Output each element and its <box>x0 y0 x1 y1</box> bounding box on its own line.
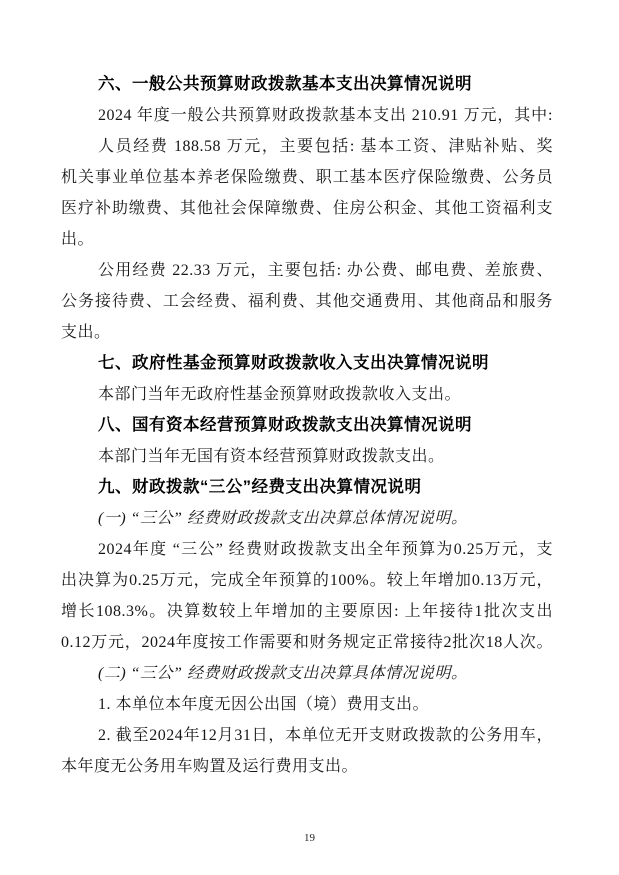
text-line: 出决算为0.25万元，完成全年预算的100%。较上年增加0.13万元， <box>61 565 553 596</box>
section-7-heading: 七、政府性基金预算财政拨款收入支出决算情况说明 <box>61 348 553 379</box>
text-line: 机关事业单位基本养老保险缴费、职工基本医疗保险缴费、公务员 <box>61 162 553 193</box>
text-line: 本部门当年无政府性基金预算财政拨款收入支出。 <box>61 379 553 410</box>
text-line: 支出。 <box>61 317 553 348</box>
text-line: 本部门当年无国有资本经营预算财政拨款支出。 <box>61 441 553 472</box>
section-8-heading: 八、国有资本经营预算财政拨款支出决算情况说明 <box>61 410 553 441</box>
text-line: 1. 本单位本年度无因公出国（境）费用支出。 <box>61 689 553 720</box>
document-page: 六、一般公共预算财政拨款基本支出决算情况说明 2024 年度一般公共预算财政拨款… <box>0 0 619 875</box>
text-line: 2. 截至2024年12月31日，本单位无开支财政拨款的公务用车， <box>61 720 553 751</box>
text-line: 公务接待费、工会经费、福利费、其他交通费用、其他商品和服务 <box>61 286 553 317</box>
section-6-heading: 六、一般公共预算财政拨款基本支出决算情况说明 <box>61 69 553 100</box>
page-number: 19 <box>0 829 619 847</box>
text-line: 2024 年度一般公共预算财政拨款基本支出 210.91 万元，其中: <box>61 100 553 131</box>
text-line: 本年度无公务用车购置及运行费用支出。 <box>61 751 553 782</box>
text-line: (一) “三公” 经费财政拨款支出决算总体情况说明。 <box>61 503 553 534</box>
text-line: 0.12万元，2024年度按工作需要和财务规定正常接待2批次18人次。 <box>61 627 553 658</box>
section-9-heading: 九、财政拨款“三公”经费支出决算情况说明 <box>61 472 553 503</box>
document-content: 六、一般公共预算财政拨款基本支出决算情况说明 2024 年度一般公共预算财政拨款… <box>61 69 553 782</box>
text-line: (二) “三公” 经费财政拨款支出决算具体情况说明。 <box>61 658 553 689</box>
text-line: 2024年度 “三公” 经费财政拨款支出全年预算为0.25万元，支 <box>61 534 553 565</box>
text-line: 公用经费 22.33 万元，主要包括: 办公费、邮电费、差旅费、 <box>61 255 553 286</box>
text-line: 医疗补助缴费、其他社会保障缴费、住房公积金、其他工资福利支 <box>61 193 553 224</box>
text-line: 增长108.3%。决算数较上年增加的主要原因: 上年接待1批次支出 <box>61 596 553 627</box>
text-line: 人员经费 188.58 万元，主要包括: 基本工资、津贴补贴、奖金、 <box>61 131 553 162</box>
text-line: 出。 <box>61 224 553 255</box>
